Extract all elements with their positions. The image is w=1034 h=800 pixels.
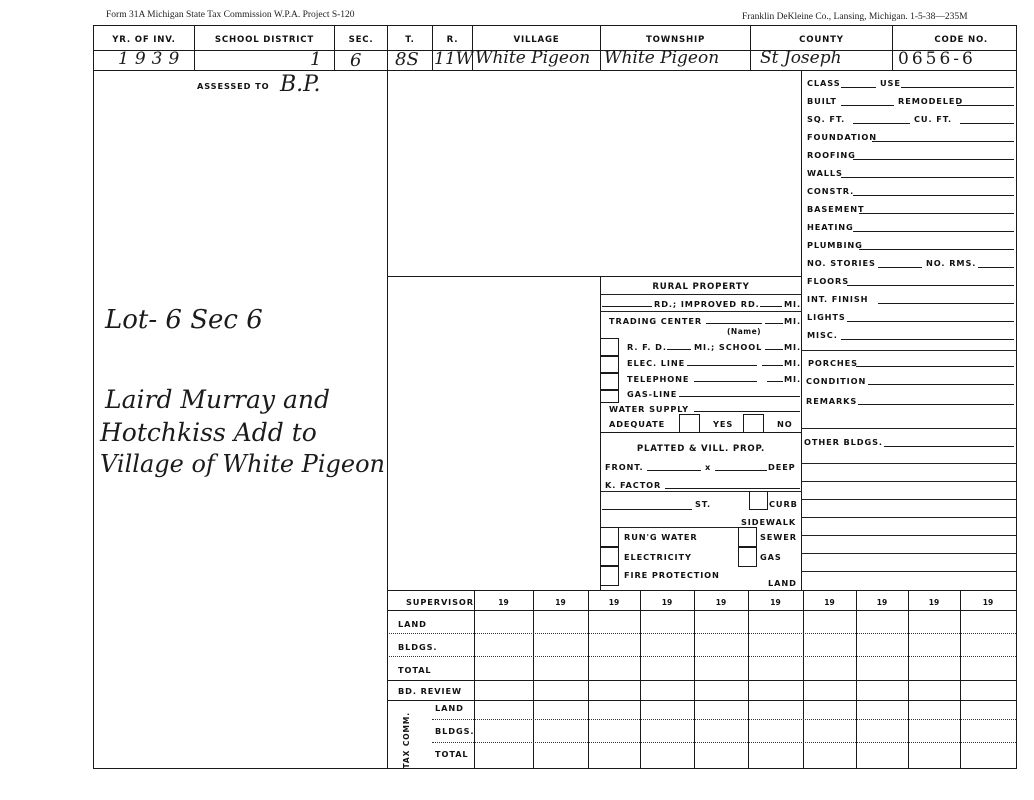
valuation-cell[interactable] [856, 610, 908, 633]
porches-label: PORCHES [808, 358, 858, 368]
valuation-cell[interactable] [474, 742, 533, 768]
assessed-to-value[interactable]: B.P. [280, 72, 321, 97]
sidewalk-label: SIDEWALK [741, 517, 796, 527]
valuation-cell[interactable] [960, 633, 1016, 656]
legal-description-line-2[interactable]: Laird Murray and [105, 385, 330, 414]
valuation-cell[interactable] [474, 719, 533, 742]
valuation-cell[interactable] [694, 680, 748, 700]
valuation-cell[interactable] [694, 656, 748, 680]
valuation-cell[interactable] [960, 700, 1016, 719]
valuation-cell[interactable] [748, 742, 803, 768]
building-field-input[interactable] [841, 105, 895, 106]
sewer-label: SEWER [760, 532, 797, 542]
rung-water-checkbox[interactable] [600, 527, 619, 548]
legal-description-line-4[interactable]: Village of White Pigeon [100, 450, 385, 478]
gas-line-field[interactable] [679, 396, 800, 397]
value-code-no[interactable]: 0656-6 [898, 49, 976, 69]
valuation-cell[interactable] [908, 680, 960, 700]
valuation-cell[interactable] [474, 700, 533, 719]
valuation-year-header[interactable]: 19 [803, 598, 856, 607]
bd-review-label: BD. REVIEW [398, 686, 462, 696]
supervisor-land-label: LAND [398, 619, 427, 629]
header-sec: SEC. [335, 35, 387, 45]
valuation-cell[interactable] [640, 742, 694, 768]
tax-comm-label: TAX COMM. [402, 712, 411, 769]
building-field-input[interactable] [853, 159, 1014, 160]
building-field-input[interactable] [859, 249, 1014, 250]
middle-divider [387, 276, 802, 277]
valuation-year-header[interactable]: 19 [640, 598, 694, 607]
elec-line-field[interactable] [687, 365, 757, 366]
valuation-cell[interactable] [640, 680, 694, 700]
supervisor-total-label: TOTAL [398, 665, 432, 675]
rd-mi-label: MI. [784, 299, 801, 309]
k-factor-label: K. FACTOR [605, 480, 661, 490]
value-yr-of-inv[interactable]: 1939 [118, 49, 185, 69]
gas-checkbox[interactable] [738, 546, 757, 567]
building-field-label: REMODELED [898, 96, 963, 106]
valuation-cell[interactable] [640, 633, 694, 656]
building-field-input[interactable] [853, 123, 910, 124]
k-factor-field[interactable] [665, 488, 800, 489]
value-school-district[interactable]: 1 [310, 49, 321, 70]
x-label: x [705, 462, 711, 472]
value-sec[interactable]: 6 [350, 50, 361, 71]
valuation-cell[interactable] [588, 656, 640, 680]
building-field-input[interactable] [853, 231, 1014, 232]
frame-bottom [93, 768, 1017, 769]
tax-comm-land-label: LAND [435, 703, 464, 713]
valuation-cell[interactable] [533, 656, 588, 680]
valuation-cell[interactable] [960, 610, 1016, 633]
supervisor-label: SUPERVISOR [406, 597, 474, 607]
building-field-input[interactable] [978, 267, 1014, 268]
telephone-miles-field[interactable] [767, 381, 783, 382]
gas-line-checkbox[interactable] [600, 389, 619, 403]
other-bldgs-line[interactable] [801, 571, 1017, 572]
deep-label: DEEP [768, 462, 796, 472]
header-code-no: CODE NO. [893, 35, 1016, 45]
valuation-year-header[interactable]: 19 [694, 598, 748, 607]
trading-center-miles-field[interactable] [765, 323, 783, 324]
valuation-cell[interactable] [748, 656, 803, 680]
electricity-label: ELECTRICITY [624, 552, 692, 562]
header-r: R. [433, 35, 472, 45]
valuation-cell[interactable] [803, 719, 856, 742]
building-field-input[interactable] [841, 87, 877, 88]
value-r[interactable]: 11W [434, 49, 473, 69]
valuation-year-header[interactable]: 19 [856, 598, 908, 607]
header-county: COUNTY [751, 35, 892, 45]
valuation-cell[interactable] [856, 719, 908, 742]
header-yr-of-inv: YR. OF INV. [94, 35, 194, 45]
building-field-label: HEATING [807, 222, 854, 232]
yes-label: YES [713, 419, 733, 429]
valuation-cell[interactable] [640, 719, 694, 742]
building-column-left [801, 70, 802, 590]
curb-checkbox[interactable] [749, 491, 768, 510]
electricity-checkbox[interactable] [600, 546, 619, 567]
valuation-cell[interactable] [960, 719, 1016, 742]
building-field-label: CLASS [807, 78, 841, 88]
other-bldgs-line[interactable] [801, 481, 1017, 482]
valuation-cell[interactable] [803, 633, 856, 656]
school-mi-label: MI. [784, 342, 801, 352]
valuation-cell[interactable] [474, 680, 533, 700]
valuation-cell[interactable] [640, 656, 694, 680]
valuation-cell[interactable] [533, 742, 588, 768]
valuation-year-header[interactable]: 19 [588, 598, 640, 607]
gas-label: GAS [760, 552, 782, 562]
valuation-cell[interactable] [533, 610, 588, 633]
valuation-cell[interactable] [588, 719, 640, 742]
valuation-cell[interactable] [694, 610, 748, 633]
valuation-cell[interactable] [748, 719, 803, 742]
valuation-cell[interactable] [533, 700, 588, 719]
building-field-label: LIGHTS [807, 312, 846, 322]
gas-line-label: GAS-LINE [627, 389, 677, 399]
valuation-cell[interactable] [908, 742, 960, 768]
valuation-cell[interactable] [474, 633, 533, 656]
name-hint: (Name) [727, 327, 761, 336]
mi-school-label: MI.; SCHOOL [694, 342, 762, 352]
building-field-input[interactable] [859, 213, 1014, 214]
header-township: TOWNSHIP [601, 35, 750, 45]
valuation-cell[interactable] [803, 610, 856, 633]
building-field-label: BUILT [807, 96, 837, 106]
valuation-cell[interactable] [533, 633, 588, 656]
telephone-mi-label: MI. [784, 374, 801, 384]
water-supply-field[interactable] [694, 411, 800, 412]
front-field[interactable] [647, 470, 701, 471]
valuation-cell[interactable] [856, 742, 908, 768]
building-field-input[interactable] [853, 195, 1014, 196]
valuation-cell[interactable] [856, 680, 908, 700]
value-village[interactable]: White Pigeon [475, 48, 590, 68]
rfd-field[interactable] [667, 349, 691, 350]
valuation-cell[interactable] [908, 610, 960, 633]
valuation-cell[interactable] [960, 656, 1016, 680]
valuation-year-header[interactable]: 19 [908, 598, 960, 607]
value-township[interactable]: White Pigeon [604, 48, 719, 68]
building-field-label: SQ. FT. [807, 114, 845, 124]
trading-center-mi-label: MI. [784, 316, 801, 326]
valuation-cell[interactable] [856, 656, 908, 680]
building-field-label: FOUNDATION [807, 132, 877, 142]
building-field-label: CU. FT. [914, 114, 952, 124]
building-field-input[interactable] [957, 105, 1014, 106]
valuation-cell[interactable] [588, 633, 640, 656]
valuation-cell[interactable] [588, 610, 640, 633]
valuation-cell[interactable] [474, 610, 533, 633]
curb-label: CURB [769, 499, 798, 509]
valuation-cell[interactable] [694, 742, 748, 768]
school-miles-field[interactable] [765, 349, 783, 350]
header-school-district: SCHOOL DISTRICT [195, 35, 334, 45]
tax-comm-bldgs-label: BLDGS. [435, 726, 474, 736]
no-label: NO [777, 419, 793, 429]
building-field-label: MISC. [807, 330, 838, 340]
valuation-column-line [1016, 590, 1017, 768]
valuation-cell[interactable] [908, 719, 960, 742]
trading-center-field[interactable] [706, 323, 762, 324]
other-bldgs-line[interactable] [801, 553, 1017, 554]
valuation-cell[interactable] [803, 742, 856, 768]
telephone-field[interactable] [694, 381, 757, 382]
legal-description-line-3[interactable]: Hotchkiss Add to [100, 418, 317, 447]
valuation-cell[interactable] [908, 633, 960, 656]
fire-protection-label: FIRE PROTECTION [624, 570, 720, 580]
valuation-cell[interactable] [960, 680, 1016, 700]
building-field-label: NO. RMS. [926, 258, 976, 268]
valuation-year-header[interactable]: 19 [960, 598, 1016, 607]
building-field-label: WALLS [807, 168, 843, 178]
valuation-cell[interactable] [694, 719, 748, 742]
valuation-cell[interactable] [748, 700, 803, 719]
adequate-label: ADEQUATE [609, 419, 665, 429]
platted-title: PLATTED & VILL. PROP. [601, 444, 801, 454]
valuation-cell[interactable] [803, 656, 856, 680]
rung-water-label: RUN'G WATER [624, 532, 698, 542]
remarks-label: REMARKS [806, 396, 857, 406]
valuation-year-header[interactable]: 19 [474, 598, 533, 607]
street-field[interactable] [602, 509, 692, 510]
valuation-year-header[interactable]: 19 [748, 598, 803, 607]
building-field-label: ROOFING [807, 150, 856, 160]
header-bottom [93, 70, 1017, 71]
valuation-cell[interactable] [960, 742, 1016, 768]
valuation-cell[interactable] [908, 700, 960, 719]
valuation-cell[interactable] [748, 633, 803, 656]
legal-description-line-1[interactable]: Lot- 6 Sec 6 [105, 305, 263, 335]
other-bldgs-line[interactable] [801, 517, 1017, 518]
remarks-field[interactable] [858, 404, 1014, 405]
water-supply-label: WATER SUPPLY [609, 404, 689, 414]
deep-field[interactable] [715, 470, 767, 471]
st-label: ST. [695, 499, 711, 509]
valuation-cell[interactable] [803, 700, 856, 719]
valuation-year-header[interactable]: 19 [533, 598, 588, 607]
adequate-yes-checkbox[interactable] [679, 414, 700, 432]
valuation-cell[interactable] [856, 633, 908, 656]
form-caption-left: Form 31A Michigan State Tax Commission W… [106, 10, 355, 20]
adequate-no-checkbox[interactable] [743, 414, 764, 432]
other-bldgs-line[interactable] [801, 463, 1017, 464]
valuation-cell[interactable] [694, 700, 748, 719]
valuation-cell[interactable] [588, 700, 640, 719]
building-field-input[interactable] [878, 267, 922, 268]
building-field-label: FLOORS [807, 276, 849, 286]
rd-field[interactable] [602, 306, 652, 307]
assessed-to-label: ASSESSED TO [197, 81, 269, 91]
valuation-cell[interactable] [856, 700, 908, 719]
building-field-input[interactable] [901, 87, 1014, 88]
telephone-label: TELEPHONE [627, 374, 689, 384]
valuation-cell[interactable] [640, 700, 694, 719]
other-bldgs-line[interactable] [801, 535, 1017, 536]
building-field-input[interactable] [878, 303, 1014, 304]
valuation-cell[interactable] [908, 656, 960, 680]
valuation-cell[interactable] [533, 719, 588, 742]
header-village: VILLAGE [473, 35, 600, 45]
valuation-top [387, 590, 1017, 591]
trading-center-label: TRADING CENTER [609, 316, 702, 326]
building-field-label: INT. FINISH [807, 294, 868, 304]
condition-label: CONDITION [806, 376, 866, 386]
header-t: T. [388, 35, 432, 45]
rural-property-title: RURAL PROPERTY [601, 282, 801, 292]
valuation-cell[interactable] [474, 656, 533, 680]
valuation-cell[interactable] [640, 610, 694, 633]
other-bldgs-field[interactable] [884, 446, 1014, 447]
valuation-cell[interactable] [803, 680, 856, 700]
building-field-input[interactable] [960, 123, 1014, 124]
rfd-label: R. F. D. [627, 342, 667, 352]
building-field-input[interactable] [841, 339, 1015, 340]
elec-line-miles-field[interactable] [762, 365, 783, 366]
other-bldgs-label: OTHER BLDGS. [804, 437, 883, 447]
elec-line-label: ELEC. LINE [627, 358, 685, 368]
value-county[interactable]: St Joseph [760, 48, 842, 68]
building-field-input[interactable] [841, 177, 1015, 178]
valuation-cell[interactable] [533, 680, 588, 700]
other-bldgs-line[interactable] [801, 499, 1017, 500]
form-caption-right: Franklin DeKleine Co., Lansing, Michigan… [742, 12, 968, 22]
value-t[interactable]: 8S [395, 49, 419, 70]
land-label: LAND [768, 578, 797, 588]
building-field-label: BASEMENT [807, 204, 864, 214]
fire-protection-checkbox[interactable] [600, 565, 619, 586]
building-field-input[interactable] [872, 141, 1014, 142]
supervisor-bldgs-label: BLDGS. [398, 642, 437, 652]
condition-field[interactable] [868, 384, 1014, 385]
sewer-checkbox[interactable] [738, 527, 757, 548]
building-field-label: CONSTR. [807, 186, 854, 196]
building-field-label: NO. STORIES [807, 258, 876, 268]
front-label: FRONT. [605, 462, 644, 472]
rd-improved-label: RD.; IMPROVED RD. [654, 299, 760, 309]
valuation-cell[interactable] [748, 680, 803, 700]
building-field-label: USE [880, 78, 901, 88]
valuation-cell[interactable] [748, 610, 803, 633]
building-field-input[interactable] [847, 321, 1014, 322]
building-field-label: PLUMBING [807, 240, 863, 250]
frame-left [93, 25, 94, 769]
tax-comm-total-label: TOTAL [435, 749, 469, 759]
valuation-cell[interactable] [588, 742, 640, 768]
elec-line-mi-label: MI. [784, 358, 801, 368]
valuation-cell[interactable] [694, 633, 748, 656]
frame-top [93, 25, 1017, 26]
improved-rd-miles-field[interactable] [760, 306, 782, 307]
valuation-cell[interactable] [588, 680, 640, 700]
porches-field[interactable] [856, 366, 1014, 367]
building-field-input[interactable] [847, 285, 1014, 286]
